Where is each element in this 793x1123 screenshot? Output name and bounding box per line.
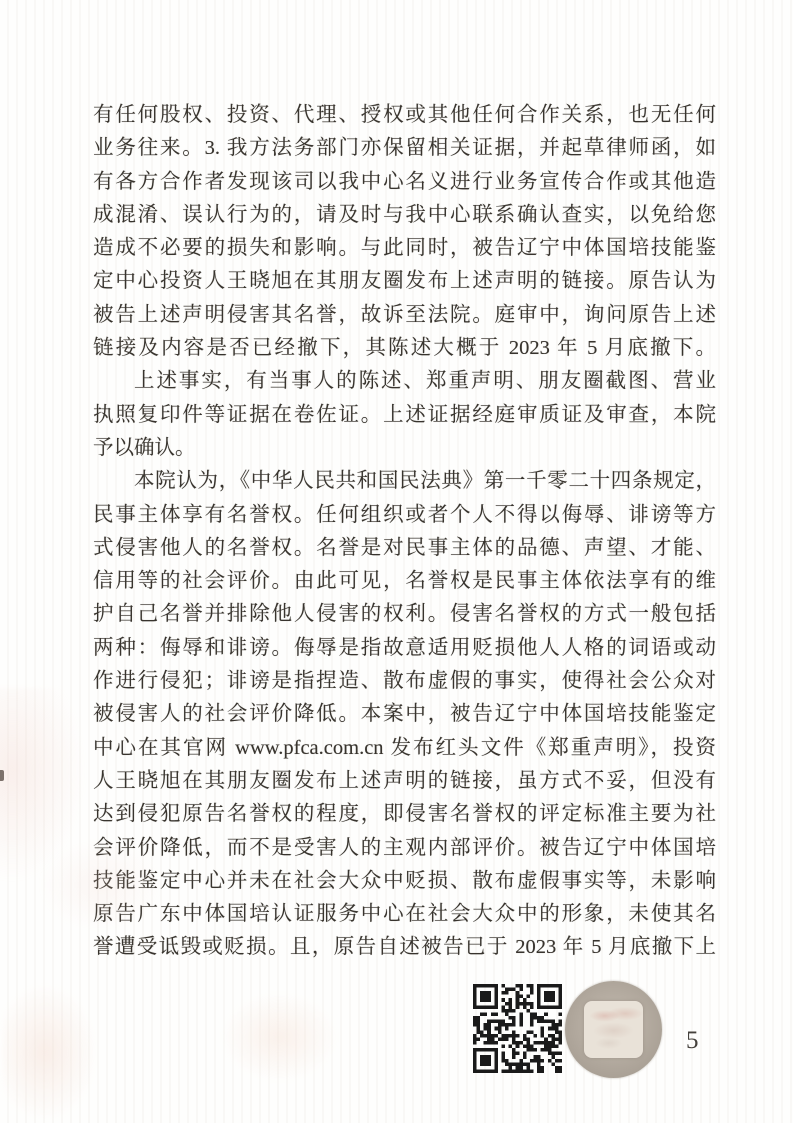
seal-privacy-sticker xyxy=(584,1001,643,1058)
text-line-7: 被告上述声明侵害其名誉，故诉至法院。庭审中，询问原告上述 xyxy=(93,299,716,332)
scan-artifact-stain xyxy=(222,993,337,1081)
faded-seal-stamp xyxy=(565,981,662,1078)
text-line-21: 人王晓旭在其朋友圈发布上述声明的链接，虽方式不妥，但没有 xyxy=(93,765,716,798)
text-line-25: 原告广东中体国培认证服务中心在社会大众中的形象，未使其名 xyxy=(93,898,716,931)
judgment-body-text: 有任何股权、投资、代理、授权或其他任何合作关系，也无任何业务往来。3. 我方法务… xyxy=(93,99,716,965)
text-line-1: 有任何股权、投资、代理、授权或其他任何合作关系，也无任何 xyxy=(93,99,716,132)
scan-artifact-stain xyxy=(2,985,97,1120)
text-line-20: 中心在其官网 www.pfca.com.cn 发布红头文件《郑重声明》，投资 xyxy=(93,732,716,765)
scan-artifact-stain xyxy=(0,688,87,883)
text-line-17: 两种：侮辱和诽谤。侮辱是指故意适用贬损他人人格的词语或动 xyxy=(93,632,716,665)
scanned-court-document-page: 有任何股权、投资、代理、授权或其他任何合作关系，也无任何业务往来。3. 我方法务… xyxy=(0,0,793,1123)
text-line-3: 有各方合作者发现该司以我中心名义进行业务宣传合作或其他造 xyxy=(93,166,716,199)
text-line-5: 造成不必要的损失和影响。与此同时，被告辽宁中体国培技能鉴 xyxy=(93,232,716,265)
text-line-11: 予以确认。 xyxy=(93,432,716,465)
text-line-8: 链接及内容是否已经撤下，其陈述大概于 2023 年 5 月底撤下。 xyxy=(93,332,716,365)
text-line-13: 民事主体享有名誉权。任何组织或者个人不得以侮辱、诽谤等方 xyxy=(93,499,716,532)
text-line-19: 被侵害人的社会评价降低。本案中，被告辽宁中体国培技能鉴定 xyxy=(93,698,716,731)
text-line-24: 技能鉴定中心并未在社会大众中贬损、散布虚假事实等，未影响 xyxy=(93,865,716,898)
text-line-6: 定中心投资人王晓旭在其朋友圈发布上述声明的链接。原告认为 xyxy=(93,265,716,298)
text-line-18: 作进行侵犯；诽谤是指捏造、散布虚假的事实，使得社会公众对 xyxy=(93,665,716,698)
text-line-10: 执照复印件等证据在卷佐证。上述证据经庭审质证及审查，本院 xyxy=(93,399,716,432)
text-line-22: 达到侵犯原告名誉权的程度，即侵害名誉权的评定标准主要为社 xyxy=(93,798,716,831)
text-line-23: 会评价降低，而不是受害人的主观内部评价。被告辽宁中体国培 xyxy=(93,832,716,865)
text-line-14: 式侵害他人的名誉权。名誉是对民事主体的品德、声望、才能、 xyxy=(93,532,716,565)
text-line-9: 上述事实，有当事人的陈述、郑重声明、朋友圈截图、营业 xyxy=(93,365,716,398)
scan-artifact-dash xyxy=(0,770,4,781)
text-line-15: 信用等的社会评价。由此可见，名誉权是民事主体依法享有的维 xyxy=(93,565,716,598)
text-line-2: 业务往来。3. 我方法务部门亦保留相关证据，并起草律师函，如 xyxy=(93,132,716,165)
text-line-16: 护自己名誉并排除他人侵害的权利。侵害名誉权的方式一般包括 xyxy=(93,598,716,631)
qr-code-icon xyxy=(471,984,564,1073)
text-line-4: 成混淆、误认行为的，请及时与我中心联系确认查实，以免给您 xyxy=(93,199,716,232)
text-line-12: 本院认为，《中华人民共和国民法典》第一千零二十四条规定， xyxy=(93,465,716,498)
text-line-26: 誉遭受诋毁或贬损。且，原告自述被告已于 2023 年 5 月底撤下上 xyxy=(93,931,716,964)
page-number: 5 xyxy=(686,1026,716,1056)
